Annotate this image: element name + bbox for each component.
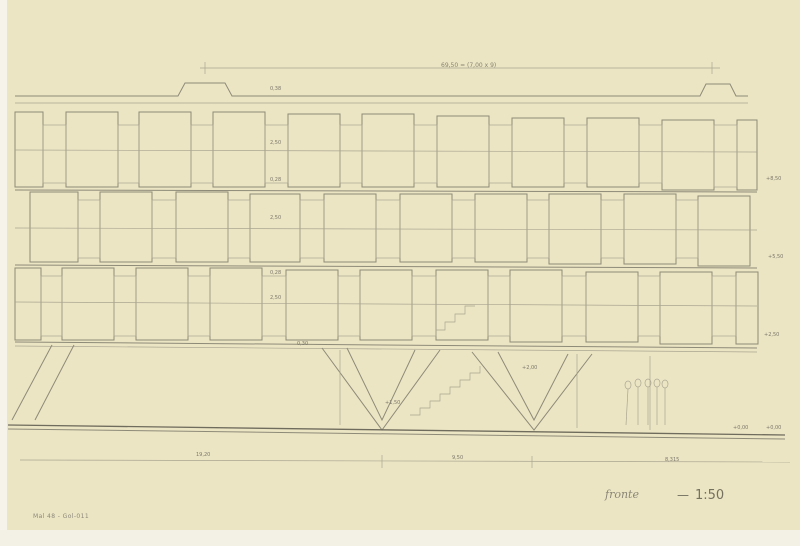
floor-top-dim: 0,30	[297, 341, 308, 347]
ground-level: +0,00	[766, 425, 781, 431]
dim-vertical: 0,28	[270, 177, 281, 183]
struts	[12, 345, 650, 430]
dim-vertical: 0,28	[270, 270, 281, 276]
roof-line	[15, 83, 748, 103]
archive-code: Mal 48 - Gol-011	[33, 513, 89, 520]
level-under-slab: +1,50	[385, 400, 400, 406]
stair	[410, 366, 480, 415]
dim-bottom: 8,315	[665, 457, 679, 463]
floor-3	[15, 112, 757, 190]
title-dash: —	[677, 488, 689, 502]
floor-1	[15, 265, 758, 344]
elevation-drawing	[0, 0, 800, 546]
dim-vertical: 2,50	[270, 215, 281, 221]
level-marker: +8,50	[766, 176, 781, 182]
dim-vertical: 2,50	[270, 140, 281, 146]
floor-2	[15, 190, 757, 266]
ground-line	[8, 425, 785, 439]
ground-level: +0,00	[733, 425, 748, 431]
level-marker: +2,50	[764, 332, 779, 338]
human-figures	[625, 379, 668, 425]
slab-underside	[15, 342, 757, 352]
dim-vertical: 2,50	[270, 295, 281, 301]
drawing-sheet: 69,50 = (7,00 x 9) 0,38 2,50 0,28 2,50 0…	[0, 0, 800, 546]
dim-bottom: 9,50	[452, 455, 463, 461]
overall-dimension: 69,50 = (7,00 x 9)	[441, 62, 496, 69]
level-stair: +2,00	[522, 365, 537, 371]
dim-vertical: 0,38	[270, 86, 281, 92]
drawing-title: fronte	[605, 488, 639, 501]
level-marker: +5,50	[768, 254, 783, 260]
drawing-scale: 1:50	[695, 488, 724, 503]
dim-bottom: 19,20	[196, 452, 210, 458]
